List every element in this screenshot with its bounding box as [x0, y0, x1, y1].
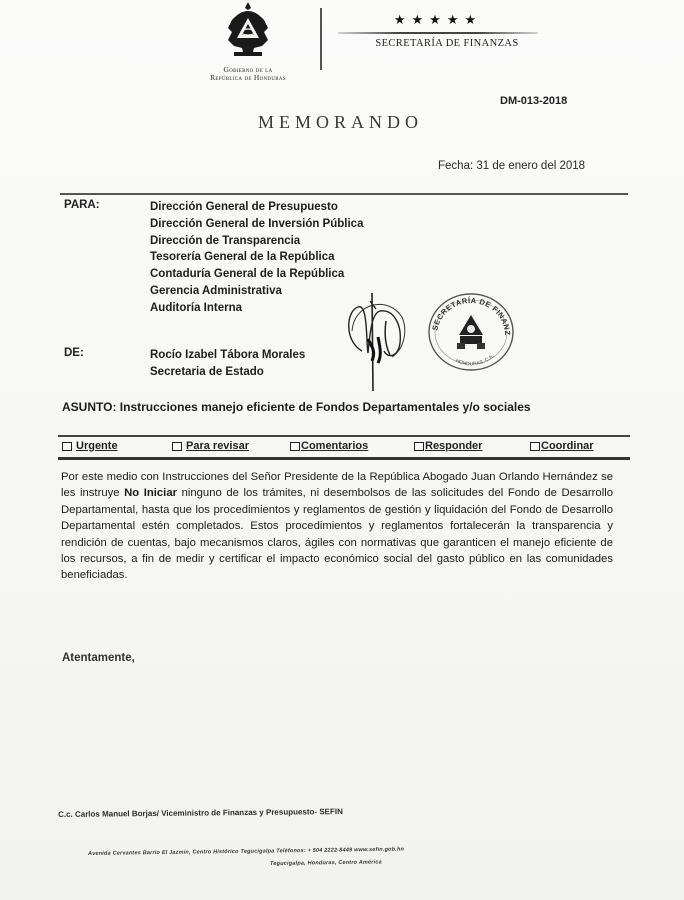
government-name-line2: República de Honduras [180, 74, 316, 82]
checkbox-label: Responder [425, 440, 482, 452]
checkbox-label: Para revisar [186, 440, 249, 452]
header-divider [320, 8, 322, 70]
top-divider [60, 193, 628, 195]
honduras-coat-of-arms-icon [218, 0, 278, 62]
from-label: DE: [64, 347, 84, 359]
checkbox-label: Urgente [76, 440, 118, 452]
memo-body: Por este medio con Instrucciones del Señ… [61, 469, 613, 584]
memo-closing: Atentamente, [62, 652, 135, 664]
body-text-emphasis: No Iniciar [124, 487, 177, 499]
recipient: Tesorería General de la República [150, 249, 363, 266]
memo-date: Fecha: 31 de enero del 2018 [438, 160, 585, 172]
checkbox-label: Comentarios [301, 440, 368, 452]
checkbox-top-divider [58, 435, 630, 437]
footer-address-line1: Avenida Cervantes Barrio El Jazmín, Cent… [88, 843, 648, 857]
to-label: PARA: [64, 199, 100, 211]
footer-address-line2: Tegucigalpa, Honduras, Centro América [270, 859, 382, 867]
recipient: Dirección de Transparencia [150, 233, 363, 250]
ministry-rule [338, 32, 538, 34]
checkbox-bottom-divider [58, 457, 630, 460]
recipient: Dirección General de Presupuesto [150, 199, 363, 216]
checkbox-urgente[interactable]: Urgente [62, 440, 118, 452]
recipient: Gerencia Administrativa [150, 283, 363, 300]
checkbox-para-revisar[interactable]: Para revisar [172, 440, 249, 452]
recipient: Contaduría General de la República [150, 266, 363, 283]
page-title: MEMORANDO [258, 112, 423, 133]
recipient: Auditoría Interna [150, 300, 363, 317]
checkbox-label: Coordinar [541, 440, 594, 452]
checkbox-icon[interactable] [414, 442, 424, 451]
secretaria-finanzas-seal-icon: SECRETARÍA DE FINANZAS HONDURAS, C.A. [425, 291, 517, 373]
signature-icon [342, 291, 412, 391]
sender-name: Rocío Izabel Tábora Morales [150, 347, 305, 364]
ministry-name: SECRETARÍA DE FINANZAS [352, 38, 542, 49]
checkbox-comentarios[interactable]: Comentarios [290, 440, 368, 452]
checkbox-icon[interactable] [530, 442, 540, 451]
memo-page: Gobierno de la República de Honduras ★★★… [0, 0, 684, 900]
carbon-copy: C.c. Carlos Manuel Borjas/ Viceministro … [58, 807, 343, 819]
checkbox-responder[interactable]: Responder [414, 440, 482, 452]
stars-icon: ★★★★★ [388, 12, 488, 28]
government-name: Gobierno de la República de Honduras [180, 66, 316, 82]
checkbox-icon[interactable] [172, 442, 182, 451]
memo-subject: ASUNTO: Instrucciones manejo eficiente d… [62, 400, 531, 414]
checkbox-icon[interactable] [62, 442, 72, 451]
action-checkbox-row: Urgente Para revisar Comentarios Respond… [60, 440, 630, 456]
checkbox-icon[interactable] [290, 442, 300, 451]
recipient: Dirección General de Inversión Pública [150, 216, 363, 233]
recipient-list: Dirección General de Presupuesto Direcci… [150, 199, 363, 317]
sender-title: Secretaria de Estado [150, 364, 305, 381]
memo-reference: DM-013-2018 [500, 95, 567, 107]
sender-block: Rocío Izabel Tábora Morales Secretaria d… [150, 347, 305, 381]
svg-text:HONDURAS, C.A.: HONDURAS, C.A. [455, 353, 496, 367]
checkbox-coordinar[interactable]: Coordinar [530, 440, 594, 452]
body-text-part2: ninguno de los trámites, ni desembolsos … [61, 487, 613, 581]
